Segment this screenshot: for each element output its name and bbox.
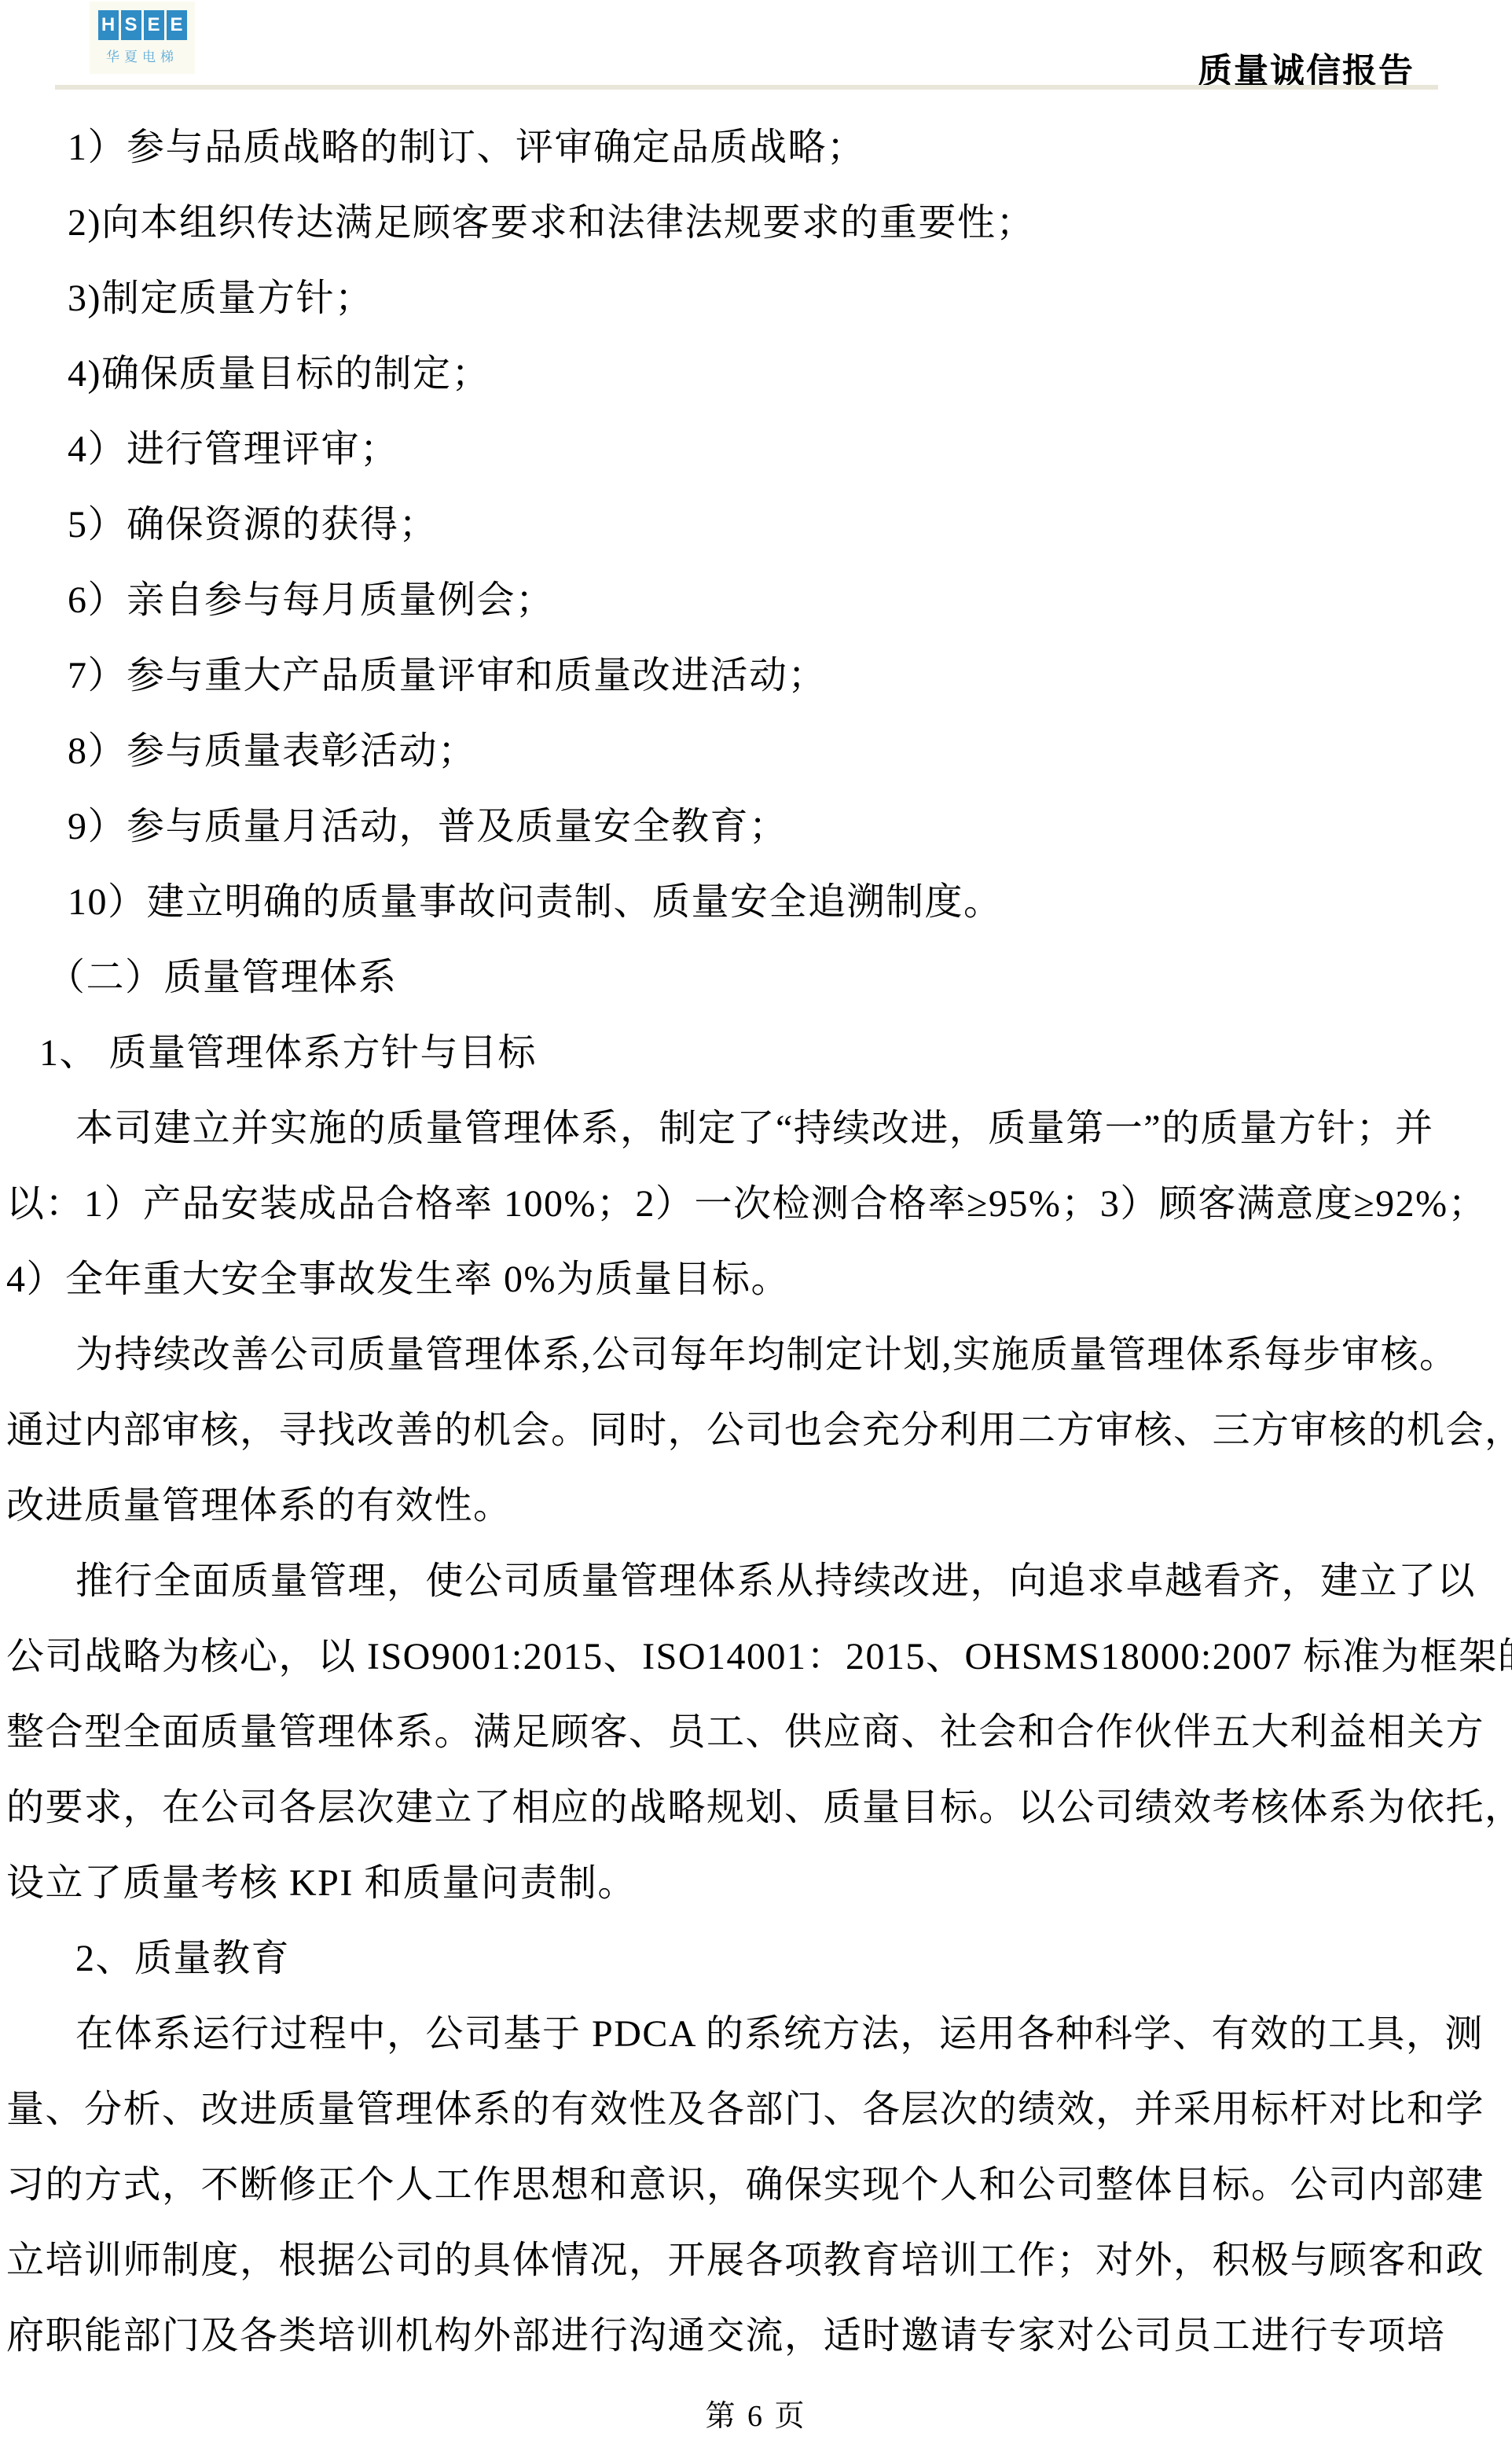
logo-letter-tile: E <box>144 10 164 40</box>
logo-subtext: 华夏电梯 <box>106 46 178 65</box>
text-line: 推行全面质量管理，使公司质量管理体系从持续改进，向追求卓越看齐，建立了以 <box>6 1544 1501 1619</box>
logo-letter-tiles: HSEE <box>98 10 187 40</box>
text-line: 3)制定质量方针； <box>6 261 1501 336</box>
logo-letter-tile: E <box>167 10 187 40</box>
text-line: 府职能部门及各类培训机构外部进行沟通交流，适时邀请专家对公司员工进行专项培 <box>6 2298 1501 2374</box>
header-divider <box>55 85 1438 90</box>
text-line: 通过内部审核，寻找改善的机会。同时，公司也会充分利用二方审核、三方审核的机会， <box>6 1393 1501 1468</box>
text-line: 4）进行管理评审； <box>6 412 1501 487</box>
text-line: 9）参与质量月活动，普及质量安全教育； <box>6 789 1501 865</box>
text-line: 6）亲自参与每月质量例会； <box>6 563 1501 638</box>
logo-letter-tile: S <box>121 10 141 40</box>
text-line: 量、分析、改进质量管理体系的有效性及各部门、各层次的绩效，并采用标杆对比和学 <box>6 2072 1501 2148</box>
text-line: 设立了质量考核 KPI 和质量问责制。 <box>6 1846 1501 1921</box>
text-line: 1、 质量管理体系方针与目标 <box>6 1016 1501 1091</box>
text-line: 8）参与质量表彰活动； <box>6 714 1501 789</box>
text-line: 的要求，在公司各层次建立了相应的战略规划、质量目标。以公司绩效考核体系为依托， <box>6 1770 1501 1846</box>
text-line: 以：1）产品安装成品合格率 100%；2）一次检测合格率≥95%；3）顾客满意度… <box>6 1167 1501 1242</box>
text-line: 习的方式，不断修正个人工作思想和意识，确保实现个人和公司整体目标。公司内部建 <box>6 2148 1501 2223</box>
document-body: 1）参与品质战略的制订、评审确定品质战略；2)向本组织传达满足顾客要求和法律法规… <box>6 110 1501 2374</box>
company-logo: HSEE 华夏电梯 <box>90 2 195 74</box>
text-line: 公司战略为核心，以 ISO9001:2015、ISO14001：2015、OHS… <box>6 1619 1501 1695</box>
text-line: 2、质量教育 <box>6 1921 1501 1997</box>
text-line: 7）参与重大产品质量评审和质量改进活动； <box>6 638 1501 714</box>
text-line: 本司建立并实施的质量管理体系，制定了“持续改进，质量第一”的质量方针；并 <box>6 1091 1501 1167</box>
text-line: 整合型全面质量管理体系。满足顾客、员工、供应商、社会和合作伙伴五大利益相关方 <box>6 1695 1501 1770</box>
text-line: 4）全年重大安全事故发生率 0%为质量目标。 <box>6 1242 1501 1317</box>
text-line: 2)向本组织传达满足顾客要求和法律法规要求的重要性； <box>6 186 1501 261</box>
text-line: 改进质量管理体系的有效性。 <box>6 1468 1501 1544</box>
text-line: 立培训师制度，根据公司的具体情况，开展各项教育培训工作；对外，积极与顾客和政 <box>6 2223 1501 2298</box>
text-line: 为持续改善公司质量管理体系,公司每年均制定计划,实施质量管理体系每步审核。 <box>6 1317 1501 1393</box>
text-line: 1）参与品质战略的制订、评审确定品质战略； <box>6 110 1501 186</box>
logo-letter-tile: H <box>98 10 119 40</box>
text-line: （二）质量管理体系 <box>6 940 1501 1016</box>
text-line: 10）建立明确的质量事故问责制、质量安全追溯制度。 <box>6 865 1501 940</box>
document-page: HSEE 华夏电梯 质量诚信报告 1）参与品质战略的制订、评审确定品质战略；2)… <box>0 0 1512 2462</box>
text-line: 5）确保资源的获得； <box>6 487 1501 563</box>
text-line: 在体系运行过程中，公司基于 PDCA 的系统方法，运用各种科学、有效的工具，测 <box>6 1997 1501 2072</box>
text-line: 4)确保质量目标的制定； <box>6 336 1501 412</box>
page-number: 第 6 页 <box>0 2391 1512 2434</box>
